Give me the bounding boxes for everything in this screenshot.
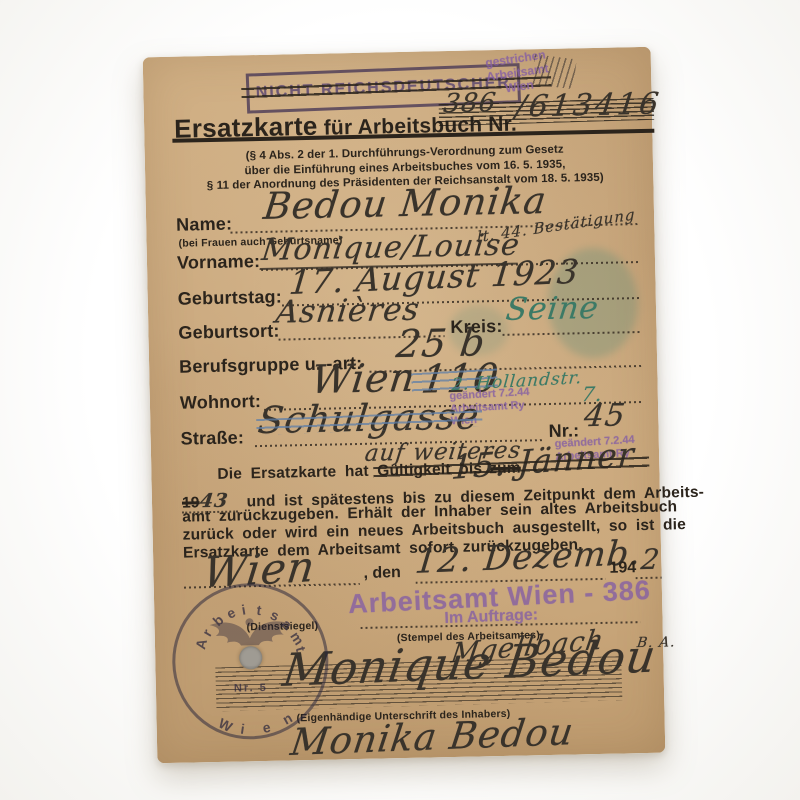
photo-background: NICHT REICHSDEUTSCHER gestrichen Arbeits… [0, 0, 800, 800]
name-value: Bedou Monika [261, 179, 549, 228]
kreis-value: Seine [504, 290, 601, 328]
round-official-seal: Arbeitsamt Wien Nr. 5 [171, 582, 330, 741]
year-written: 2 [639, 543, 662, 576]
arbeitsbuch-number-part1: 386 [442, 88, 498, 119]
arbeitsbuch-number-part2: /613416 [514, 86, 664, 124]
nr-value: 45 [582, 397, 628, 434]
name-label: Name: [176, 214, 232, 236]
ersatzkarte-card: NICHT REICHSDEUTSCHER gestrichen Arbeits… [143, 47, 666, 763]
wohnort-label: Wohnort: [180, 391, 262, 414]
strasse-label: Straße: [180, 427, 244, 449]
pencil-scribble [531, 54, 576, 89]
geburtstag-label: Geburtstag: [178, 287, 283, 310]
geburtsort-label: Geburtsort: [178, 321, 280, 344]
vorname-label: Vorname: [177, 251, 261, 274]
den-label: , den [363, 564, 401, 583]
